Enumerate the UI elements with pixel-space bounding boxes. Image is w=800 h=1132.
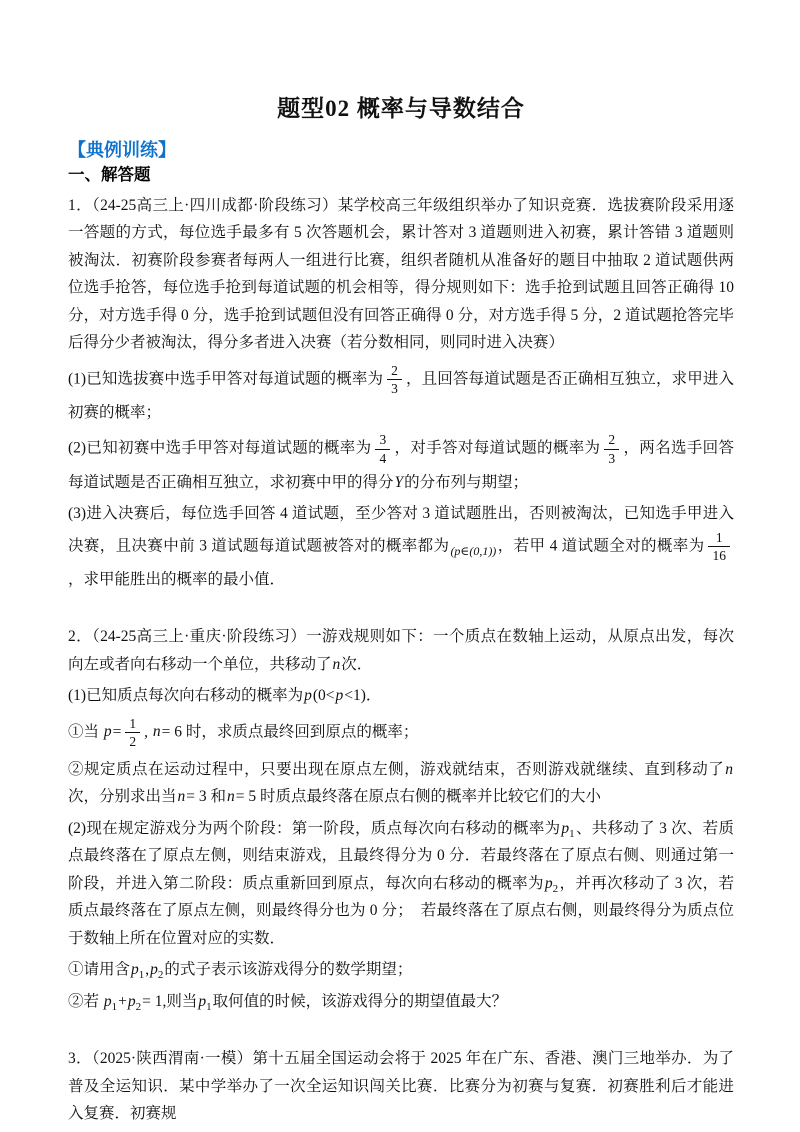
math-variable: p	[198, 993, 206, 1010]
math-subscript: 1	[569, 828, 575, 840]
paragraph: 3．（2025·陕西渭南·一模）第十五届全国运动会将于 2025 年在广东、香港…	[68, 1045, 734, 1128]
math-subscript-expression: (p∈(0,1))	[449, 544, 497, 558]
fraction-denominator: 3	[604, 450, 619, 467]
math-variable-with-subscript: p2	[149, 961, 164, 978]
fraction-denominator: 4	[375, 450, 390, 467]
math-subscript: 2	[158, 969, 164, 981]
text-run: +	[118, 993, 127, 1010]
math-variable: p	[150, 961, 158, 978]
text-run: 2．（24-25高三上·重庆·阶段练习）一游戏规则如下：一个质点在数轴上运动，从…	[68, 628, 734, 673]
math-variable-with-subscript: p2	[544, 875, 559, 892]
text-run: 次．	[341, 656, 372, 673]
math-subscript: 2	[136, 1001, 142, 1013]
math-variable: p	[128, 993, 136, 1010]
math-variable: n	[152, 723, 162, 740]
math-variable: p	[334, 687, 344, 704]
paragraph: 2．（24-25高三上·重庆·阶段练习）一游戏规则如下：一个质点在数轴上运动，从…	[68, 623, 734, 678]
text-run: (0<	[313, 687, 335, 704]
text-run: = 5 时质点最终落在原点右侧的概率并比较它们的大小	[236, 788, 601, 805]
text-run: =	[113, 723, 122, 740]
math-subscript: 2	[553, 883, 559, 895]
text-run: ①当	[68, 723, 103, 740]
fraction-numerator: 1	[125, 716, 140, 734]
text-run: = 3 和	[186, 788, 226, 805]
math-subscript: 1	[112, 1001, 118, 1013]
math-variable: n	[177, 788, 187, 805]
fraction: 116	[708, 530, 730, 564]
fraction: 12	[125, 716, 140, 750]
text-run: ,	[144, 723, 152, 740]
paragraph: (2)已知初赛中选手甲答对每道试题的概率为34，对手答对每道试题的概率为23，两…	[68, 430, 734, 496]
fraction-denominator: 16	[708, 547, 730, 564]
text-run: 取何值的时候，该游戏得分的期望值最大？	[213, 993, 508, 1010]
fraction-numerator: 2	[387, 363, 402, 381]
math-variable: n	[724, 761, 734, 778]
math-variable: p	[103, 723, 113, 740]
math-variable-with-subscript: p1	[130, 961, 145, 978]
fraction-numerator: 3	[375, 432, 390, 450]
text-run: (2)现在规定游戏分为两个阶段：第一阶段，质点每次向右移动的概率为	[68, 820, 560, 837]
text-run: ①请用含	[68, 961, 130, 978]
text-run: 1．（24-25高三上·四川成都·阶段练习）某学校高三年级组织举办了知识竞赛．选…	[68, 197, 734, 352]
math-variable-with-subscript: p1	[560, 820, 575, 837]
text-run: = 6 时，求质点最终回到原点的概率；	[162, 723, 419, 740]
paragraph: ②若 p1+p2= 1,则当p1取何值的时候，该游戏得分的期望值最大？	[68, 988, 734, 1016]
fraction-numerator: 2	[604, 432, 619, 450]
paragraph: 1．（24-25高三上·四川成都·阶段练习）某学校高三年级组织举办了知识竞赛．选…	[68, 192, 734, 357]
text-run: ②若	[68, 993, 103, 1010]
paragraph: (3)进入决赛后，每位选手回答 4 道试题，至少答对 3 道试题胜出，否则被淘汰…	[68, 500, 734, 593]
section-header-example-training: 【典例训练】	[68, 139, 734, 162]
math-variable: p	[131, 961, 139, 978]
fraction-numerator: 1	[708, 530, 730, 548]
fraction: 23	[604, 432, 619, 466]
math-variable-with-subscript: p1	[103, 993, 118, 1010]
math-variable: Y	[394, 474, 405, 491]
paragraph: ①当 p=12, n= 6 时，求质点最终回到原点的概率；	[68, 714, 734, 752]
text-run: ，求甲能胜出的概率的最小值．	[68, 571, 285, 588]
paragraph: ②规定质点在运动过程中，只要出现在原点左侧，游戏就结束，否则游戏就继续、直到移动…	[68, 756, 734, 811]
problem-1: 1．（24-25高三上·四川成都·阶段练习）某学校高三年级组织举办了知识竞赛．选…	[68, 192, 734, 593]
math-subscript: 1	[139, 969, 145, 981]
paragraph: (1)已知质点每次向右移动的概率为p(0<p<1)．	[68, 682, 734, 710]
text-run: (2)已知初赛中选手甲答对每道试题的概率为	[68, 440, 371, 457]
math-variable-with-subscript: p1	[197, 993, 212, 1010]
fraction: 23	[387, 363, 402, 397]
fraction-denominator: 3	[387, 380, 402, 397]
math-subscript: 1	[206, 1001, 212, 1013]
paragraph: (1)已知选拔赛中选手甲答对每道试题的概率为23，且回答每道试题是否正确相互独立…	[68, 361, 734, 427]
problem-3: 3．（2025·陕西渭南·一模）第十五届全国运动会将于 2025 年在广东、香港…	[68, 1045, 734, 1128]
fraction-denominator: 2	[125, 733, 140, 750]
math-variable: p	[545, 875, 553, 892]
page-title: 题型02 概率与导数结合	[68, 90, 734, 123]
text-run: 的式子表示该游戏得分的数学期望；	[164, 961, 412, 978]
paragraph: (2)现在规定游戏分为两个阶段：第一阶段，质点每次向右移动的概率为p1、共移动了…	[68, 815, 734, 953]
text-run: ，若甲 4 道试题全对的概率为	[497, 537, 704, 554]
text-run: ，对手答对每道试题的概率为	[394, 440, 600, 457]
math-variable: p	[104, 993, 112, 1010]
text-run: 3．（2025·陕西渭南·一模）第十五届全国运动会将于 2025 年在广东、香港…	[68, 1050, 734, 1122]
subsection-header-answer-questions: 一、解答题	[68, 165, 734, 186]
text-run: 的分布列与期望；	[404, 474, 528, 491]
math-variable: p	[303, 687, 313, 704]
text-run: (1)已知质点每次向右移动的概率为	[68, 687, 303, 704]
text-run: = 1,则当	[142, 993, 197, 1010]
paragraph: ①请用含p1,p2的式子表示该游戏得分的数学期望；	[68, 956, 734, 984]
document-page: 题型02 概率与导数结合 【典例训练】 一、解答题 1．（24-25高三上·四川…	[0, 0, 800, 1132]
text-run: 次，分别求出当	[68, 788, 177, 805]
text-run: ②规定质点在运动过程中，只要出现在原点左侧，游戏就结束，否则游戏就继续、直到移动…	[68, 761, 724, 778]
text-run: (1)已知选拔赛中选手甲答对每道试题的概率为	[68, 371, 383, 388]
text-run: <1)．	[344, 687, 381, 704]
math-variable: n	[226, 788, 236, 805]
math-variable: p	[561, 820, 569, 837]
math-variable-with-subscript: p2	[127, 993, 142, 1010]
fraction: 34	[375, 432, 390, 466]
problem-2: 2．（24-25高三上·重庆·阶段练习）一游戏规则如下：一个质点在数轴上运动，从…	[68, 623, 734, 1015]
math-variable: n	[332, 656, 342, 673]
